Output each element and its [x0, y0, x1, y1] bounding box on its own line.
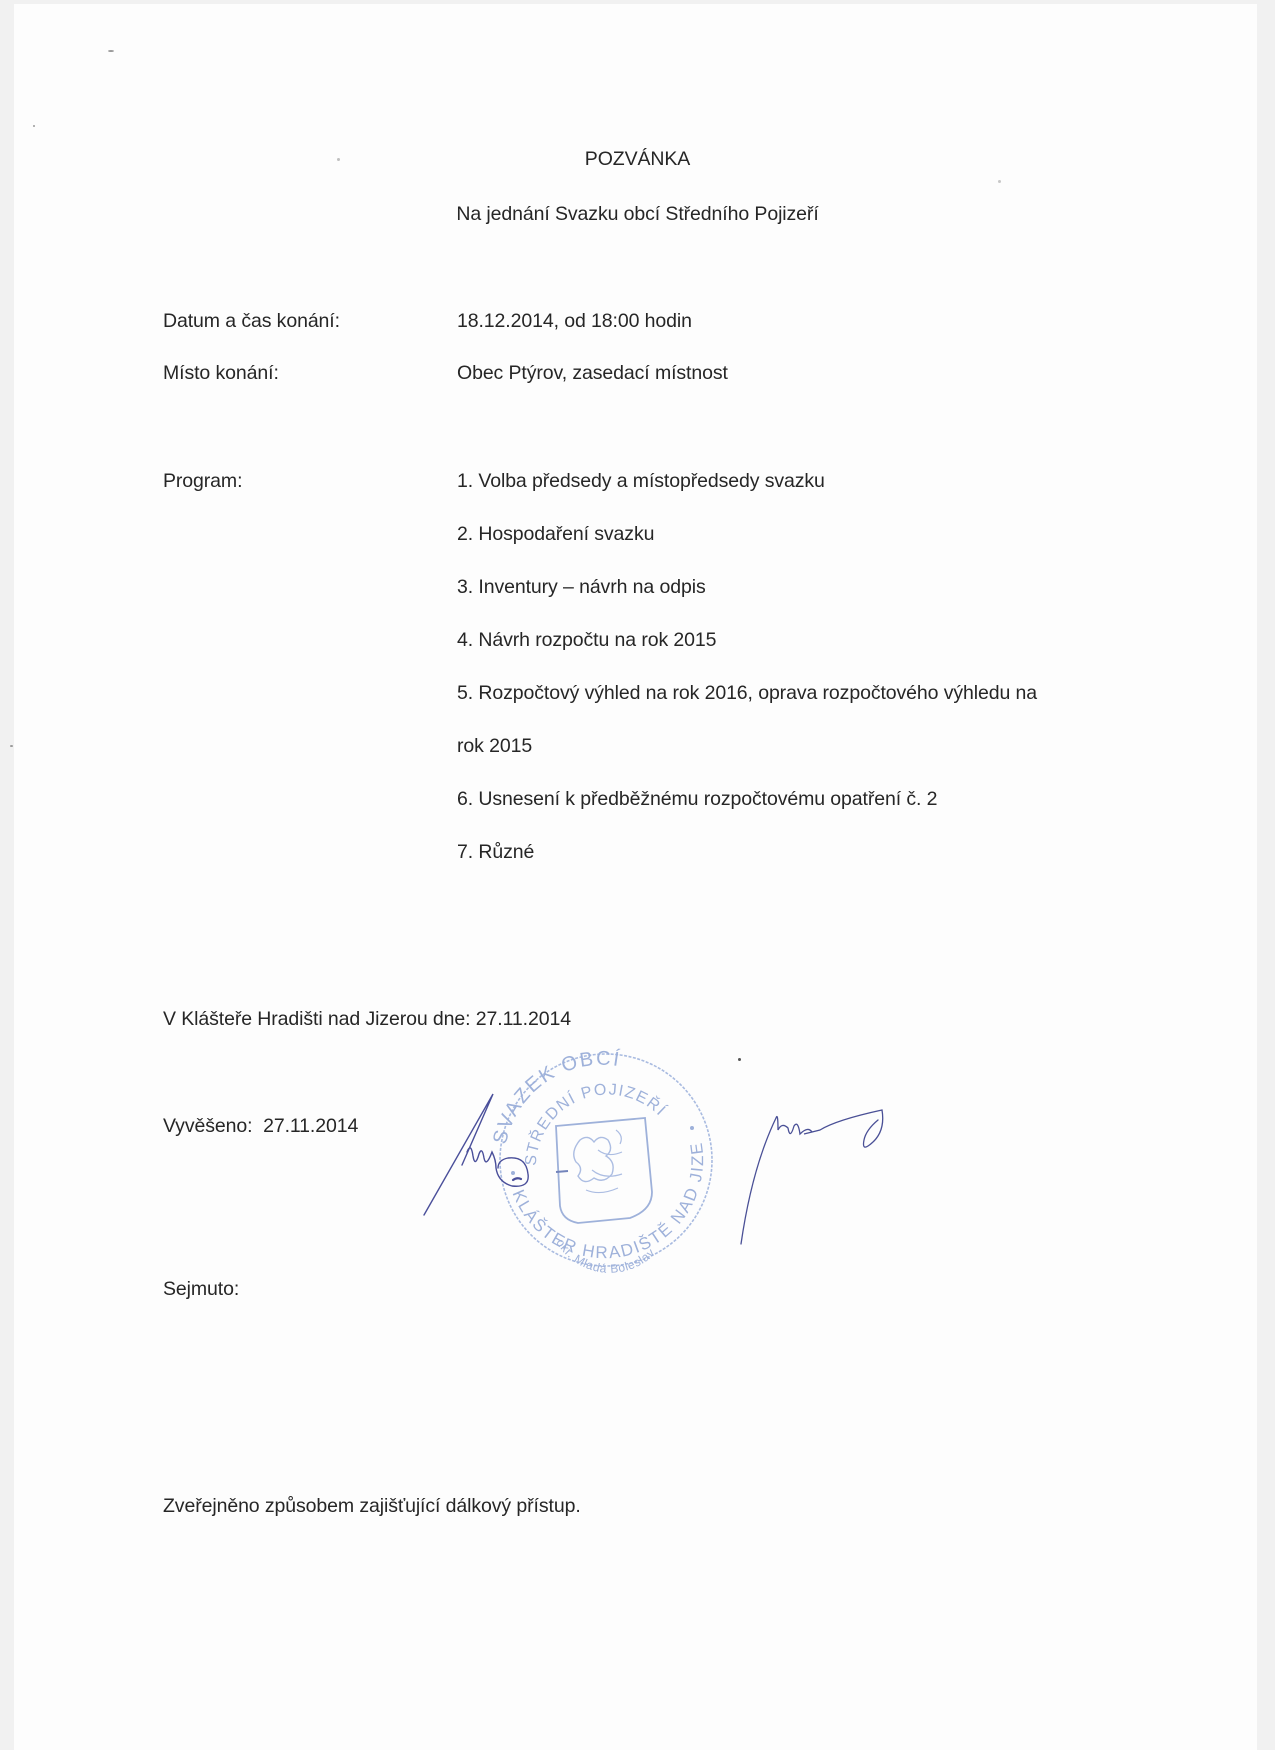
- czech-lion-icon: [556, 1118, 652, 1223]
- stamp-and-signatures: SVAZEK OBCÍ STŘEDNÍ POJIZEŘÍ KLÁŠTER HRA…: [0, 0, 1275, 1750]
- signature-right: [741, 1110, 883, 1244]
- stamp-lower-arc-text: KLÁŠTER HRADIŠTĚ NAD JIZEROU: [0, 0, 707, 1262]
- official-stamp: SVAZEK OBCÍ STŘEDNÍ POJIZEŘÍ KLÁŠTER HRA…: [0, 0, 712, 1276]
